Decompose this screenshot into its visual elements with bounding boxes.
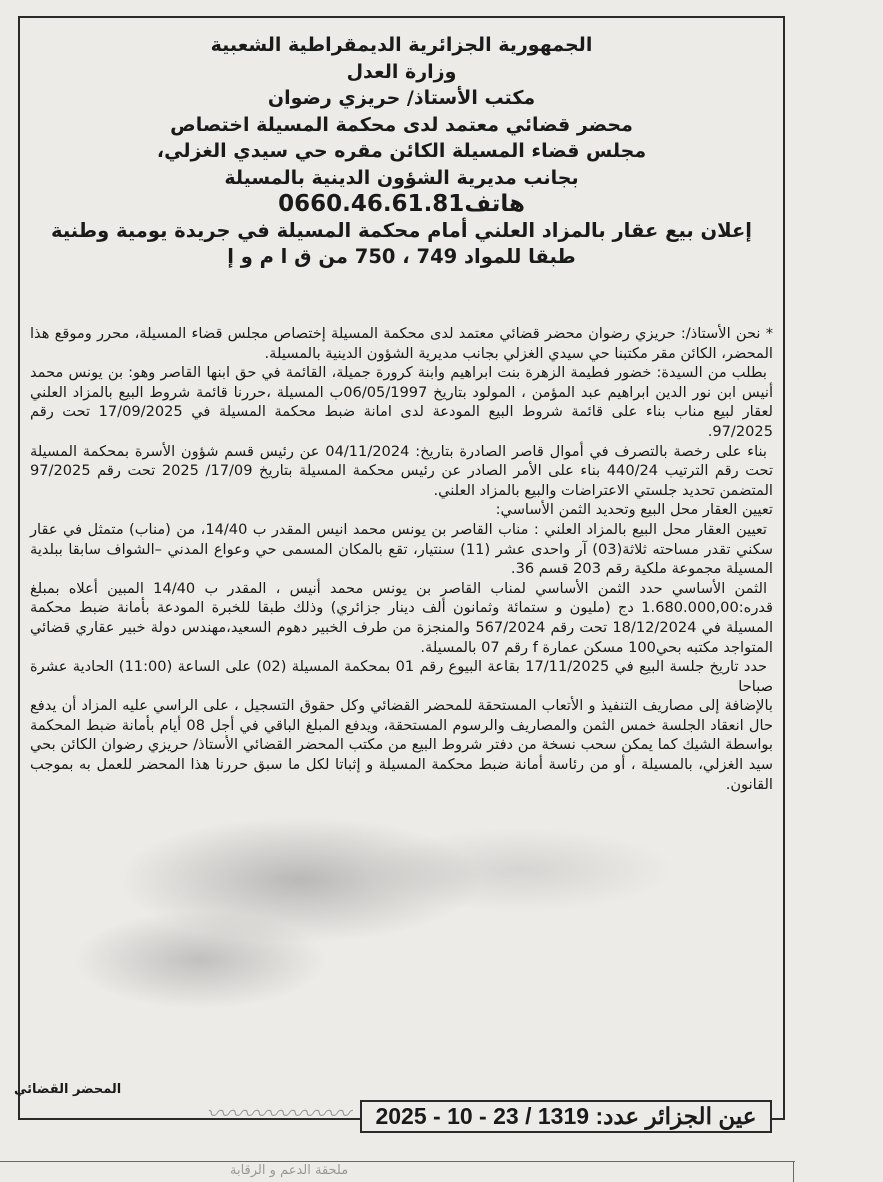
- notice-header: الجمهورية الجزائرية الديمقراطية الشعبية …: [20, 32, 783, 271]
- paragraph-authorization: بناء على رخصة بالتصرف في أموال قاصر الصا…: [30, 442, 773, 501]
- paragraph-property-description: تعيين العقار محل البيع بالمزاد العلني : …: [30, 520, 773, 579]
- legal-articles: طبقا للمواد 749 ، 750 من ق ا م و إ: [20, 244, 783, 271]
- newspaper-citation: عين الجزائر عدد: 1319 / 23 - 10 - 2025: [360, 1100, 772, 1133]
- divider-line-vertical: [793, 1161, 794, 1182]
- paragraph-requester: بطلب من السيدة: خضور فطيمة الزهرة بنت اب…: [30, 363, 773, 441]
- paragraph-auction-date: حدد تاريخ جلسة البيع في 17/11/2025 بقاعة…: [30, 657, 773, 696]
- republic-name: الجمهورية الجزائرية الديمقراطية الشعبية: [20, 32, 783, 59]
- paragraph-payment-terms: بالإضافة إلى مصاريف التنفيذ و الأتعاب ال…: [30, 696, 773, 794]
- faded-bleedthrough-text: ملحقة الدعم و الرقابة: [230, 1163, 348, 1178]
- bailiff-accreditation: محضر قضائي معتمد لدى محكمة المسيلة اختصا…: [20, 112, 783, 139]
- office-name: مكتب الأستاذ/ حريزي رضوان: [20, 85, 783, 112]
- paragraph-bailiff-intro: * نحن الأستاذ/: حريزي رضوان محضر قضائي م…: [30, 324, 773, 363]
- office-landmark: بجانب مديرية الشؤون الدينية بالمسيلة: [20, 165, 783, 192]
- ministry-name: وزارة العدل: [20, 59, 783, 86]
- section-heading-property: تعيين العقار محل البيع وتحديد الثمن الأس…: [30, 500, 773, 520]
- notice-body: * نحن الأستاذ/: حريزي رضوان محضر قضائي م…: [30, 324, 773, 794]
- divider-line: [0, 1161, 795, 1162]
- signature-label: المحضر القضائي: [14, 1082, 121, 1097]
- phone-label: هاتف: [464, 191, 525, 217]
- notice-title: إعلان بيع عقار بالمزاد العلني أمام محكمة…: [20, 218, 783, 245]
- phone-number: 0660.46.61.81: [278, 191, 464, 217]
- office-address: مجلس قضاء المسيلة الكائن مقره حي سيدي ال…: [20, 138, 783, 165]
- phone-line: هاتف0660.46.61.81: [20, 191, 783, 218]
- paragraph-base-price: الثمن الأساسي حدد الثمن الأساسي لمناب ال…: [30, 579, 773, 657]
- legal-notice-frame: الجمهورية الجزائرية الديمقراطية الشعبية …: [18, 16, 785, 1120]
